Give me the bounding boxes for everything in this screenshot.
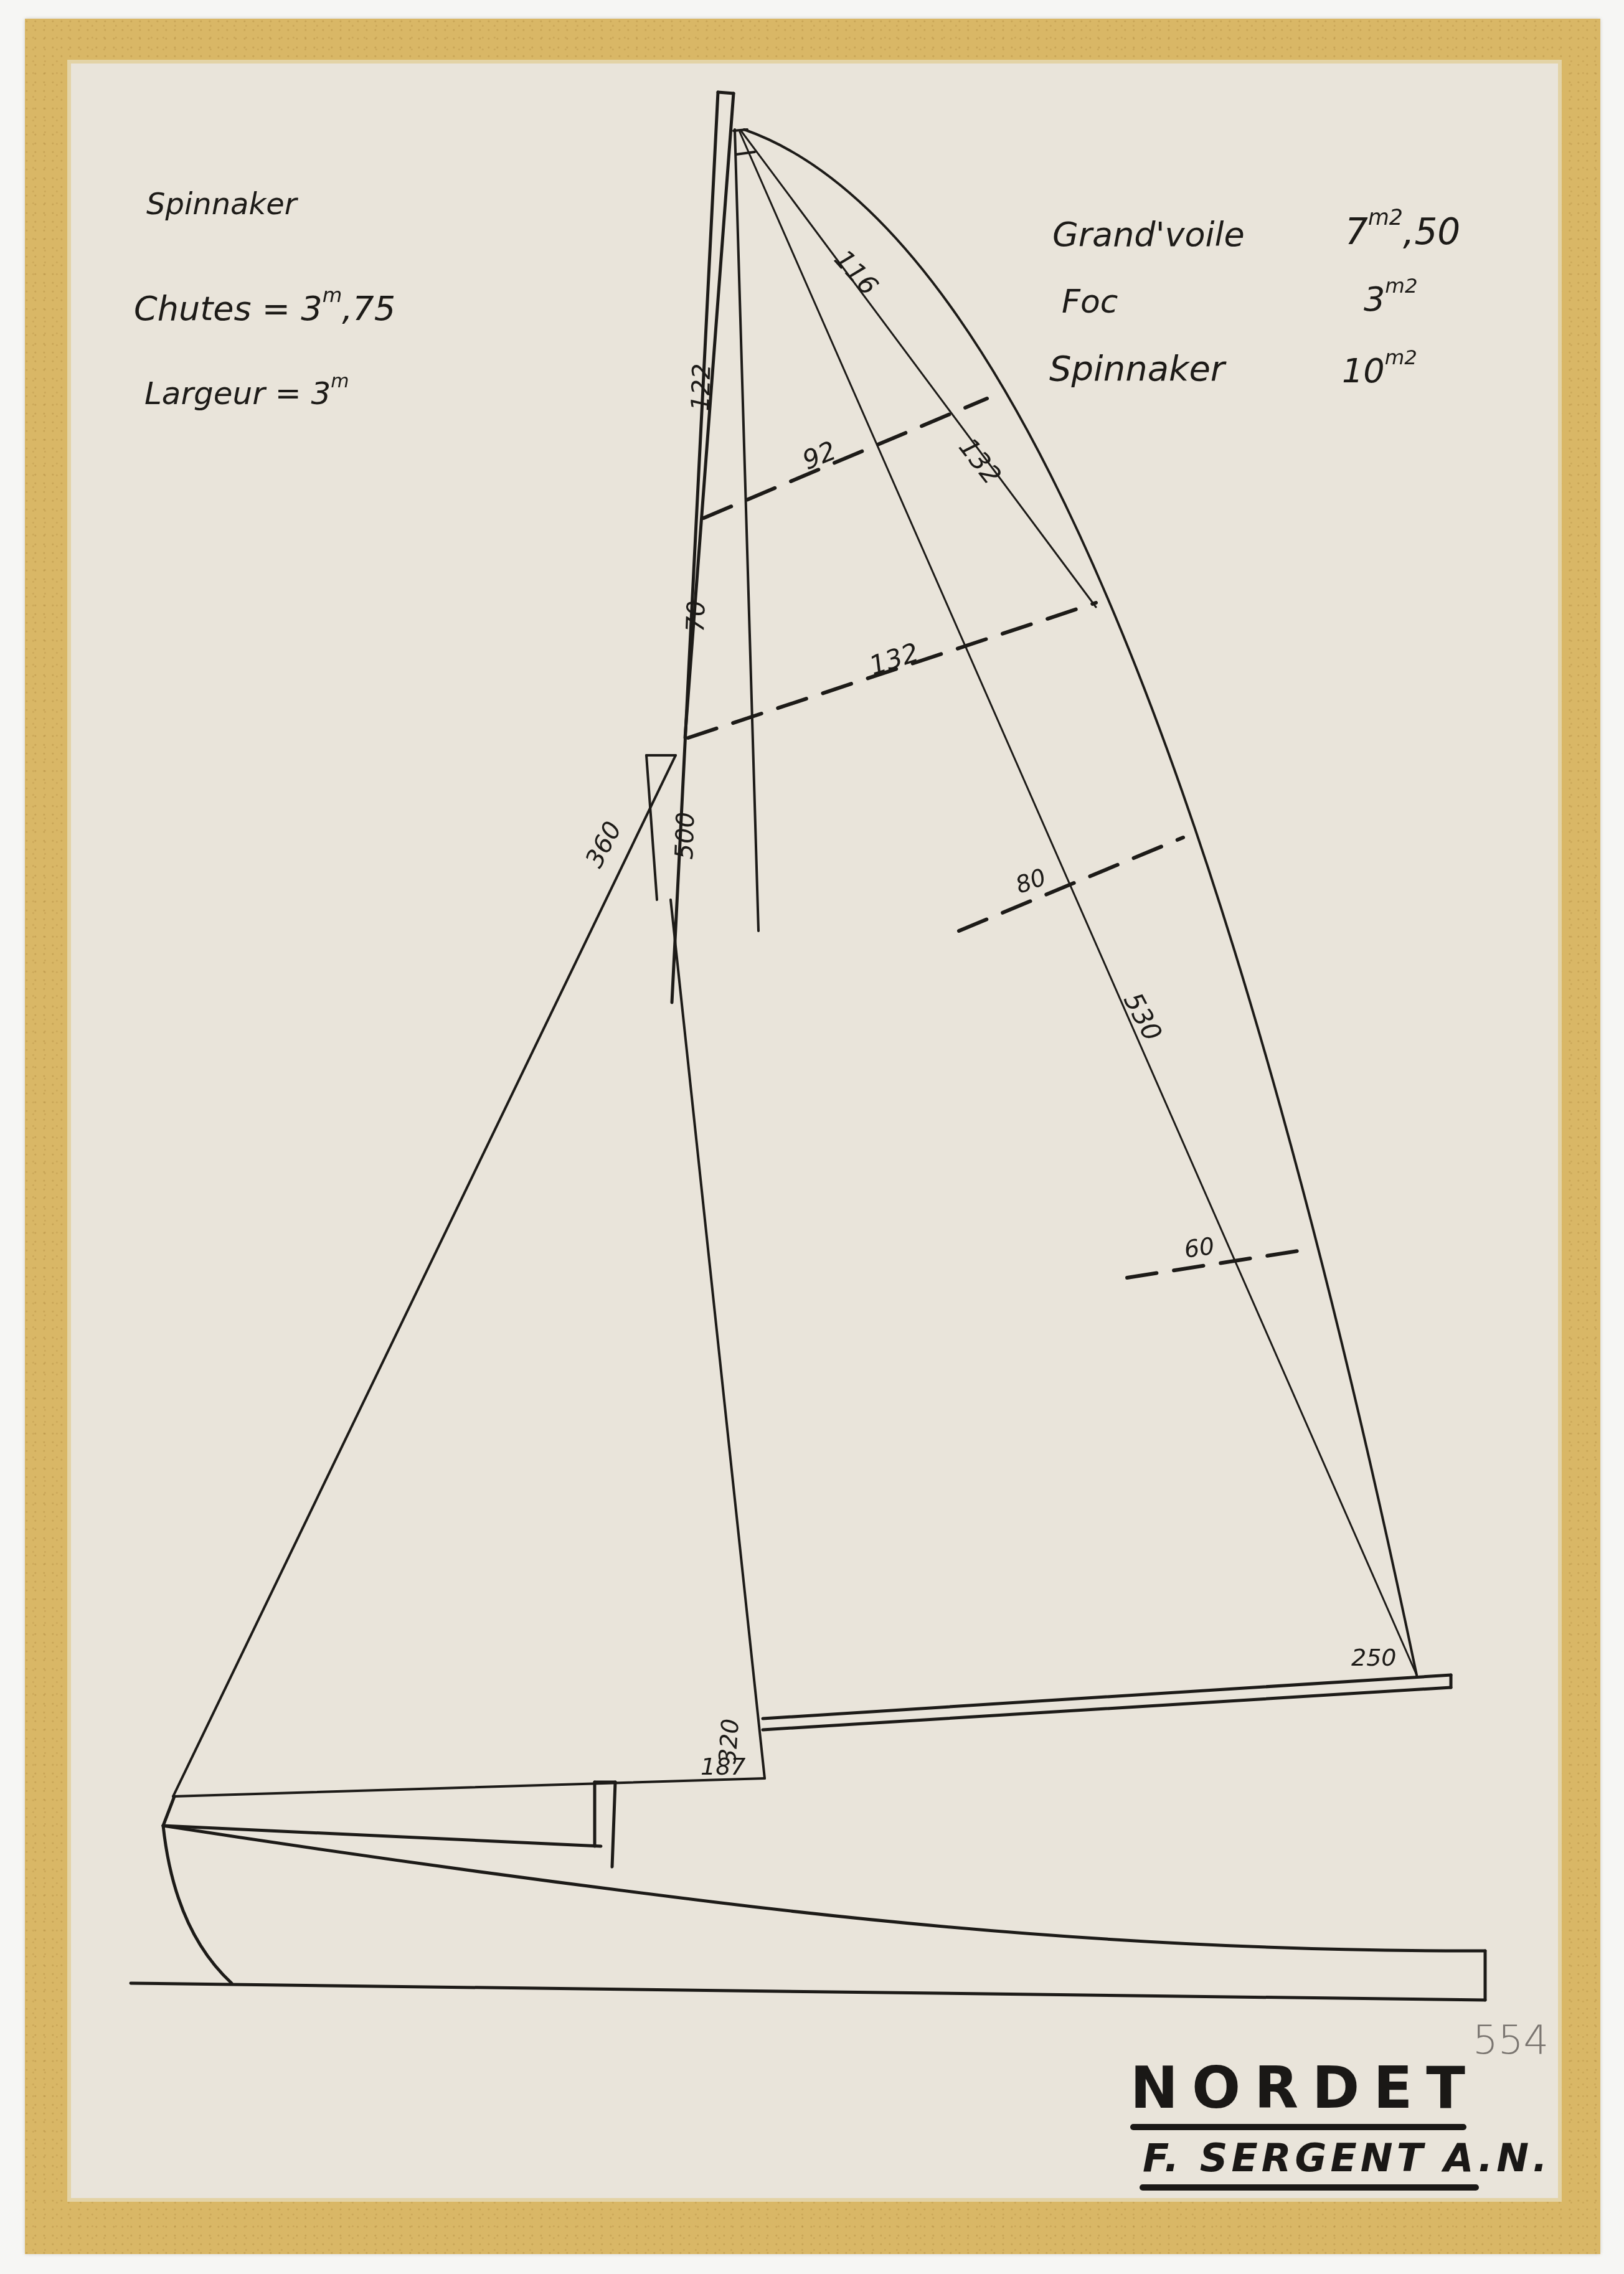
- dim-batten-low: 60: [1183, 1232, 1216, 1263]
- designer-name: F. SERGENT A.N.: [1143, 2135, 1551, 2181]
- sail-area-jib-value: 3m2: [1364, 274, 1418, 319]
- mainsail-area-decimal: ,50: [1403, 210, 1460, 253]
- spinnaker-spec-title: Spinnaker: [146, 187, 297, 222]
- chutes-decimal: ,75: [342, 289, 395, 328]
- title-block: NORDET F. SERGENT A.N.: [1130, 2055, 1551, 2191]
- mainsail-area-unit: m2: [1368, 205, 1403, 230]
- dim-mast-mid: 70: [681, 600, 711, 633]
- chutes-value: 3: [301, 289, 322, 328]
- sail-area-jib-name: Foc: [1062, 283, 1118, 321]
- sail-area-spinnaker-value: 10m2: [1342, 346, 1417, 390]
- dim-jib-foot: 187: [701, 1753, 746, 1780]
- boat-name: NORDET: [1130, 2055, 1551, 2121]
- jib-area-unit: m2: [1385, 274, 1417, 298]
- sail-area-spinnaker-name: Spinnaker: [1049, 349, 1225, 389]
- largeur-value: 3: [311, 375, 331, 412]
- mast: [672, 92, 734, 1003]
- title-underline: [1130, 2124, 1466, 2130]
- archive-number: 554: [1473, 2017, 1549, 2064]
- dim-mast-top: 122: [686, 363, 717, 412]
- largeur-label: Largeur =: [144, 375, 301, 412]
- sail-plan-drawing: [0, 0, 1624, 2274]
- dim-mast-luff: 500: [670, 811, 701, 860]
- mainsail-area-integer: 7: [1345, 210, 1368, 253]
- boom: [763, 1675, 1451, 1730]
- sail-area-mainsail-value: 7m2,50: [1345, 205, 1460, 253]
- spinnaker-largeur: Largeur = 3m: [144, 370, 349, 412]
- spinnaker-area-unit: m2: [1385, 346, 1417, 369]
- jib-area-integer: 3: [1364, 280, 1385, 319]
- spinnaker-chutes: Chutes = 3m,75: [134, 283, 395, 328]
- designer-underline: [1140, 2184, 1479, 2191]
- sail-area-mainsail-name: Grand'voile: [1052, 215, 1245, 254]
- spinnaker-area-integer: 10: [1342, 351, 1385, 390]
- largeur-unit: m: [331, 370, 349, 392]
- batten-lines: [688, 399, 1314, 1278]
- hull: [131, 1782, 1485, 2000]
- chutes-unit: m: [323, 283, 342, 307]
- dim-boom: 250: [1351, 1644, 1397, 1671]
- chutes-label: Chutes =: [134, 289, 290, 328]
